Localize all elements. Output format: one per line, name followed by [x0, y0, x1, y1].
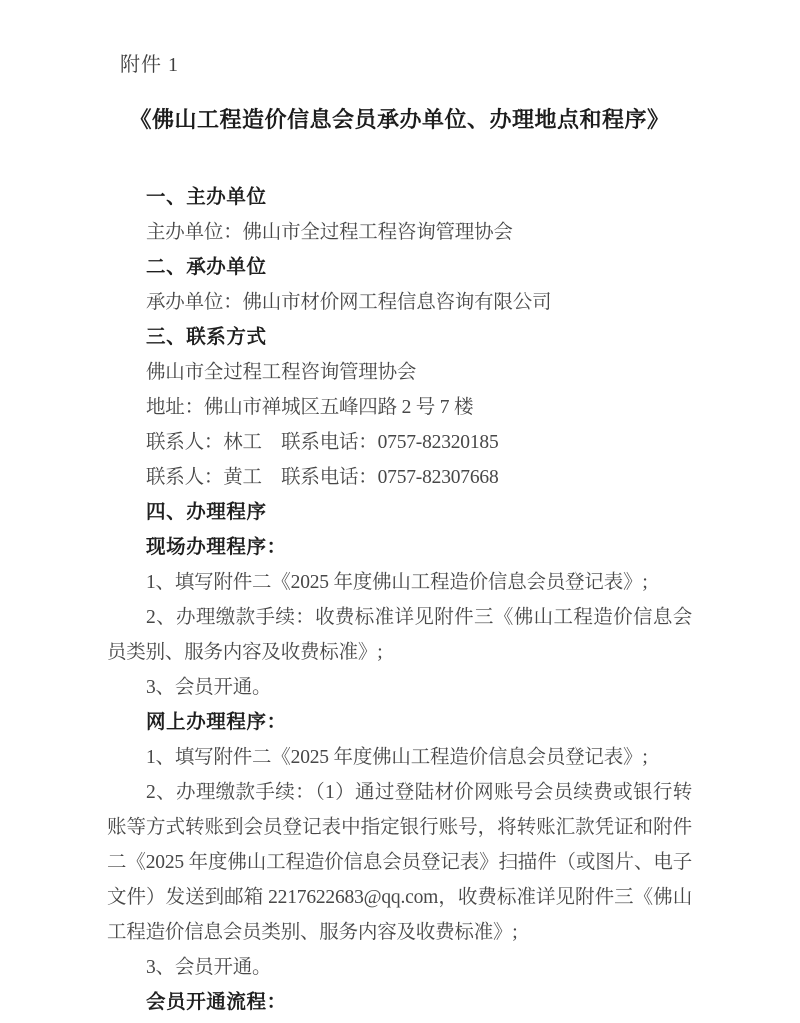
- section-heading: 现场办理程序：: [107, 530, 692, 565]
- paragraph: 佛山市全过程工程咨询管理协会: [107, 355, 692, 390]
- document-content: 附件 1 《佛山工程造价信息会员承办单位、办理地点和程序》 一、主办单位主办单位…: [0, 0, 800, 1020]
- paragraph: 1、填写附件二《2025 年度佛山工程造价信息会员登记表》;: [107, 565, 692, 600]
- paragraph: 联系人：林工 联系电话：0757-82320185: [107, 425, 692, 460]
- section-heading: 三、联系方式: [107, 320, 692, 355]
- paragraph: 地址：佛山市禅城区五峰四路 2 号 7 楼: [107, 390, 692, 425]
- paragraph: 3、会员开通。: [107, 950, 692, 985]
- section-heading: 四、办理程序: [107, 495, 692, 530]
- paragraph: 2、办理缴款手续：（1）通过登陆材价网账号会员续费或银行转账等方式转账到会员登记…: [107, 775, 692, 950]
- section-heading: 二、承办单位: [107, 250, 692, 285]
- section-heading: 会员开通流程：: [107, 985, 692, 1020]
- paragraph: 2、办理缴款手续：收费标准详见附件三《佛山工程造价信息会员类别、服务内容及收费标…: [107, 600, 692, 670]
- document-body: 一、主办单位主办单位：佛山市全过程工程咨询管理协会二、承办单位承办单位：佛山市材…: [107, 180, 692, 1020]
- paragraph: 3、会员开通。: [107, 670, 692, 705]
- section-heading: 一、主办单位: [107, 180, 692, 215]
- section-heading: 网上办理程序：: [107, 705, 692, 740]
- paragraph: 主办单位：佛山市全过程工程咨询管理协会: [107, 215, 692, 250]
- paragraph: 1、填写附件二《2025 年度佛山工程造价信息会员登记表》;: [107, 740, 692, 775]
- paragraph: 承办单位：佛山市材价网工程信息咨询有限公司: [107, 285, 692, 320]
- paragraph: 联系人：黄工 联系电话：0757-82307668: [107, 460, 692, 495]
- attachment-label: 附件 1: [120, 51, 692, 79]
- document-title: 《佛山工程造价信息会员承办单位、办理地点和程序》: [107, 103, 692, 137]
- document-page: 附件 1 《佛山工程造价信息会员承办单位、办理地点和程序》 一、主办单位主办单位…: [0, 0, 800, 1023]
